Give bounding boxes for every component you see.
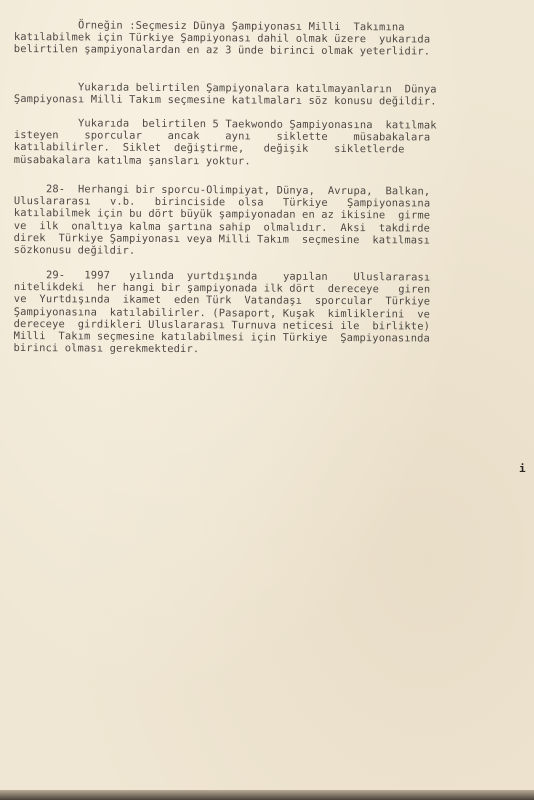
page-mark: i [519, 462, 526, 475]
text-line: müsabakalara katılma şansları yoktur. [14, 154, 526, 169]
paragraph-non-participants: Yukarıda belirtilen Şampiyonalara katılm… [14, 81, 526, 109]
paragraph-article-29: 29- 1997 yılında yurtdışında yapılan Ulu… [13, 269, 526, 358]
text-line: sözkonusu değildir. [14, 244, 526, 259]
paragraph-article-28: 28- Herhangi bir sporcu-Olimpiyat, Dünya… [14, 183, 526, 259]
text-line: belirtilen şampiyonalardan en az 3 ünde … [14, 43, 526, 58]
text-line: Şampiyonası Milli Takım seçmesine katılm… [14, 93, 526, 108]
scanned-page: Örneğin :Seçmesiz Dünya Şampiyonası Mill… [0, 0, 534, 800]
scan-edge-shadow [0, 790, 534, 800]
paragraph-weight-class: Yukarıda belirtilen 5 Taekwondo Şampiyon… [14, 117, 526, 169]
text-line: birinci olması gerekmektedir. [13, 342, 525, 357]
paragraph-example-selection: Örneğin :Seçmesiz Dünya Şampiyonası Mill… [14, 19, 526, 59]
